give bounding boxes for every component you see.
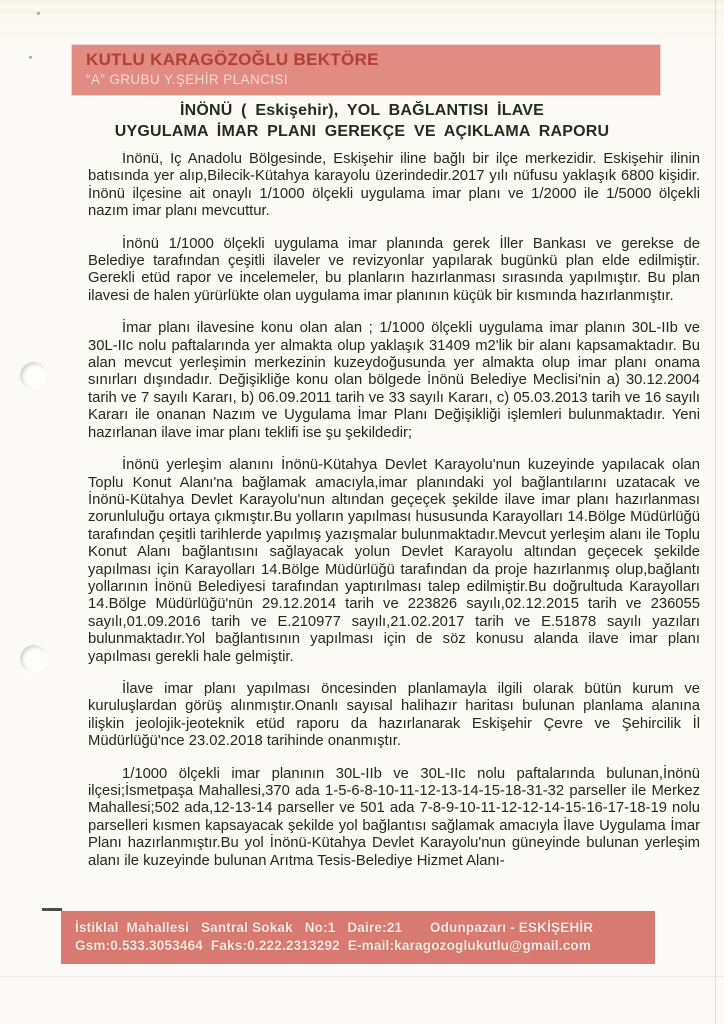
page-edge-line <box>715 0 716 1024</box>
report-title-line2: UYGULAMA İMAR PLANI GEREKÇE VE AÇIKLAMA … <box>0 121 724 142</box>
footer-banner: İstiklal Mahallesi Santral Sokak No:1 Da… <box>61 911 655 964</box>
scanned-document-page: ٭ ٭ KUTLU KARAGÖZOĞLU BEKTÖRE “A” GRUBU … <box>0 0 724 1024</box>
report-title: İNÖNÜ ( Eskişehir), YOL BAĞLANTISI İLAVE… <box>0 100 724 142</box>
report-title-line1: İNÖNÜ ( Eskişehir), YOL BAĞLANTISI İLAVE <box>0 100 724 121</box>
hole-punch-top <box>20 362 47 389</box>
body-paragraph: 1/1000 ölçekli imar planının 30L-IIb ve … <box>88 766 700 870</box>
body-paragraph: İnönü, İç Anadolu Bölgesinde, Eskişehir … <box>88 151 700 221</box>
body-paragraph: İnönü 1/1000 ölçekli uygulama imar planı… <box>88 236 700 306</box>
hole-punch-bottom <box>20 645 47 672</box>
footer-contact: Gsm:0.533.3053464 Faks:0.222.2313292 E-m… <box>75 937 655 955</box>
letterhead-name: KUTLU KARAGÖZOĞLU BEKTÖRE <box>86 50 660 70</box>
scan-artifact-streaks <box>0 0 724 42</box>
letterhead-subtitle: “A” GRUBU Y.ŞEHİR PLANCISI <box>86 72 660 87</box>
footer-address: İstiklal Mahallesi Santral Sokak No:1 Da… <box>75 919 655 937</box>
body-paragraph: İlave imar planı yapılması öncesinden pl… <box>88 681 700 751</box>
pencil-mark: ٭ <box>27 52 35 64</box>
body-paragraph: İmar planı ilavesine konu olan alan ; 1/… <box>88 320 700 442</box>
scan-artifact-line <box>0 976 724 977</box>
report-body: İnönü, İç Anadolu Bölgesinde, Eskişehir … <box>88 151 700 899</box>
body-paragraph: İnönü yerleşim alanını İnönü-Kütahya Dev… <box>88 457 700 666</box>
scan-artifact-dash <box>42 908 62 911</box>
letterhead-banner: KUTLU KARAGÖZOĞLU BEKTÖRE “A” GRUBU Y.ŞE… <box>72 45 660 95</box>
